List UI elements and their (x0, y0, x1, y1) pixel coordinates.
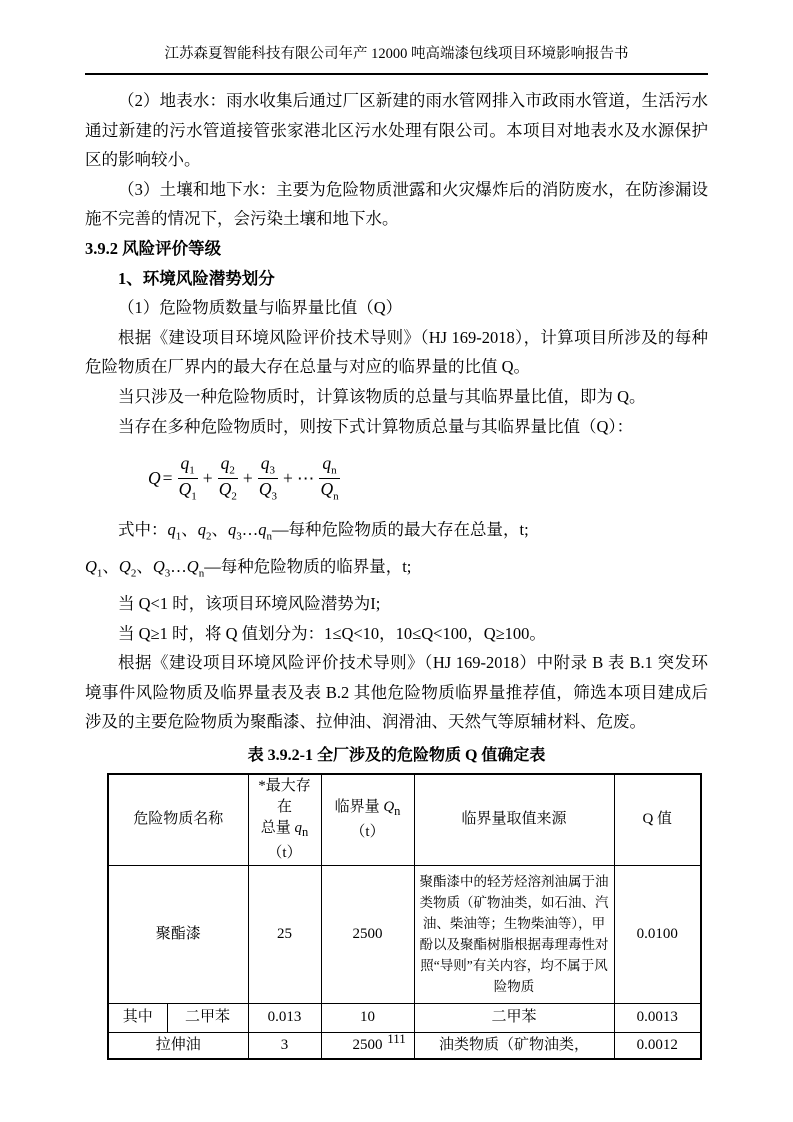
page-header: 江苏森夏智能科技有限公司年产 12000 吨高端漆包线项目环境影响报告书 (85, 44, 708, 75)
table-header-row: 危险物质名称 *最大存在总量 qn（t） 临界量 Qn（t） 临界量取值来源 Q… (108, 774, 701, 866)
paragraph-multi-substance: 当存在多种危险物质时，则按下式计算物质总量与其临界量比值（Q）： (85, 412, 708, 442)
fraction-term-1: q1Q1 (178, 454, 198, 503)
section-heading-392: 3.9.2 风险评价等级 (85, 234, 708, 264)
paragraph-soil-groundwater: （3）土壤和地下水：主要为危险物质泄露和火灾爆炸后的消防废水，在防渗漏设施不完善… (85, 175, 708, 234)
cell-critical-quantity: 10 (321, 1003, 414, 1032)
formula-legend-line-1: 式中：q1、q2、q3…qn—每种危险物质的最大存在总量，t; (85, 515, 708, 552)
header-substance-name: 危险物质名称 (108, 774, 248, 866)
paragraph-surface-water: （2）地表水：雨水收集后通过厂区新建的雨水管网排入市政雨水管道，生活污水通过新建… (85, 86, 708, 175)
paragraph-screening: 根据《建设项目环境风险评价技术导则》（HJ 169-2018）中附录 B 表 B… (85, 648, 708, 737)
table-row-xylene: 其中 二甲苯 0.013 10 二甲苯 0.0013 (108, 1003, 701, 1032)
header-critical-quantity: 临界量 Qn（t） (321, 774, 414, 866)
fraction-term-3: q3Q3 (258, 454, 278, 503)
document-page: 江苏森夏智能科技有限公司年产 12000 吨高端漆包线项目环境影响报告书 （2）… (0, 0, 793, 1122)
q-value-table: 危险物质名称 *最大存在总量 qn（t） 临界量 Qn（t） 临界量取值来源 Q… (107, 773, 702, 1061)
fraction-term-n: qnQn (319, 454, 339, 503)
paragraph-single-substance: 当只涉及一种危险物质时，计算该物质的总量与其临界量比值，即为 Q。 (85, 382, 708, 412)
header-critical-source: 临界量取值来源 (414, 774, 614, 866)
cell-sub-label: 其中 (108, 1003, 167, 1032)
formula-lhs: Q (148, 468, 161, 489)
fraction-term-2: q2Q2 (218, 454, 238, 503)
line-q-greater-equal-1: 当 Q≥1 时，将 Q 值划分为：1≤Q<10，10≤Q<100，Q≥100。 (85, 619, 708, 649)
cell-critical-source: 二甲苯 (414, 1003, 614, 1032)
cell-substance-name: 二甲苯 (167, 1003, 248, 1032)
line-q-less-than-1: 当 Q<1 时，该项目环境风险潜势为I; (85, 589, 708, 619)
subheading-risk-potential: 1、环境风险潜势划分 (85, 264, 708, 294)
cell-critical-source: 聚酯漆中的轻芳烃溶剂油属于油类物质（矿物油类，如石油、汽油、柴油等；生物柴油等）… (414, 865, 614, 1003)
item-q-ratio: （1）危险物质数量与临界量比值（Q） (85, 293, 708, 323)
page-number: 111 (387, 1031, 406, 1046)
header-q-value: Q 值 (614, 774, 701, 866)
header-max-quantity: *最大存在总量 qn（t） (248, 774, 321, 866)
table-title: 表 3.9.2-1 全厂涉及的危险物质 Q 值确定表 (85, 742, 708, 770)
cell-q-value: 0.0013 (614, 1003, 701, 1032)
cell-q-value: 0.0100 (614, 865, 701, 1003)
table-row-polyester-paint: 聚酯漆 25 2500 聚酯漆中的轻芳烃溶剂油属于油类物质（矿物油类，如石油、汽… (108, 865, 701, 1003)
cell-max-quantity: 0.013 (248, 1003, 321, 1032)
cell-substance-name: 聚酯漆 (108, 865, 248, 1003)
paragraph-basis: 根据《建设项目环境风险评价技术导则》（HJ 169-2018），计算项目所涉及的… (85, 323, 708, 382)
cell-critical-quantity: 2500 (321, 865, 414, 1003)
page-footer: 111 (0, 1031, 793, 1047)
q-sum-formula: Q=q1Q1+q2Q2+q3Q3+⋯qnQn (148, 450, 708, 506)
cell-max-quantity: 25 (248, 865, 321, 1003)
page-content: （2）地表水：雨水收集后通过厂区新建的雨水管网排入市政雨水管道，生活污水通过新建… (85, 86, 708, 1060)
formula-legend-line-2: Q1、Q2、Q3…Qn—每种危险物质的临界量，t; (85, 552, 708, 589)
report-title: 江苏森夏智能科技有限公司年产 12000 吨高端漆包线项目环境影响报告书 (165, 46, 629, 62)
